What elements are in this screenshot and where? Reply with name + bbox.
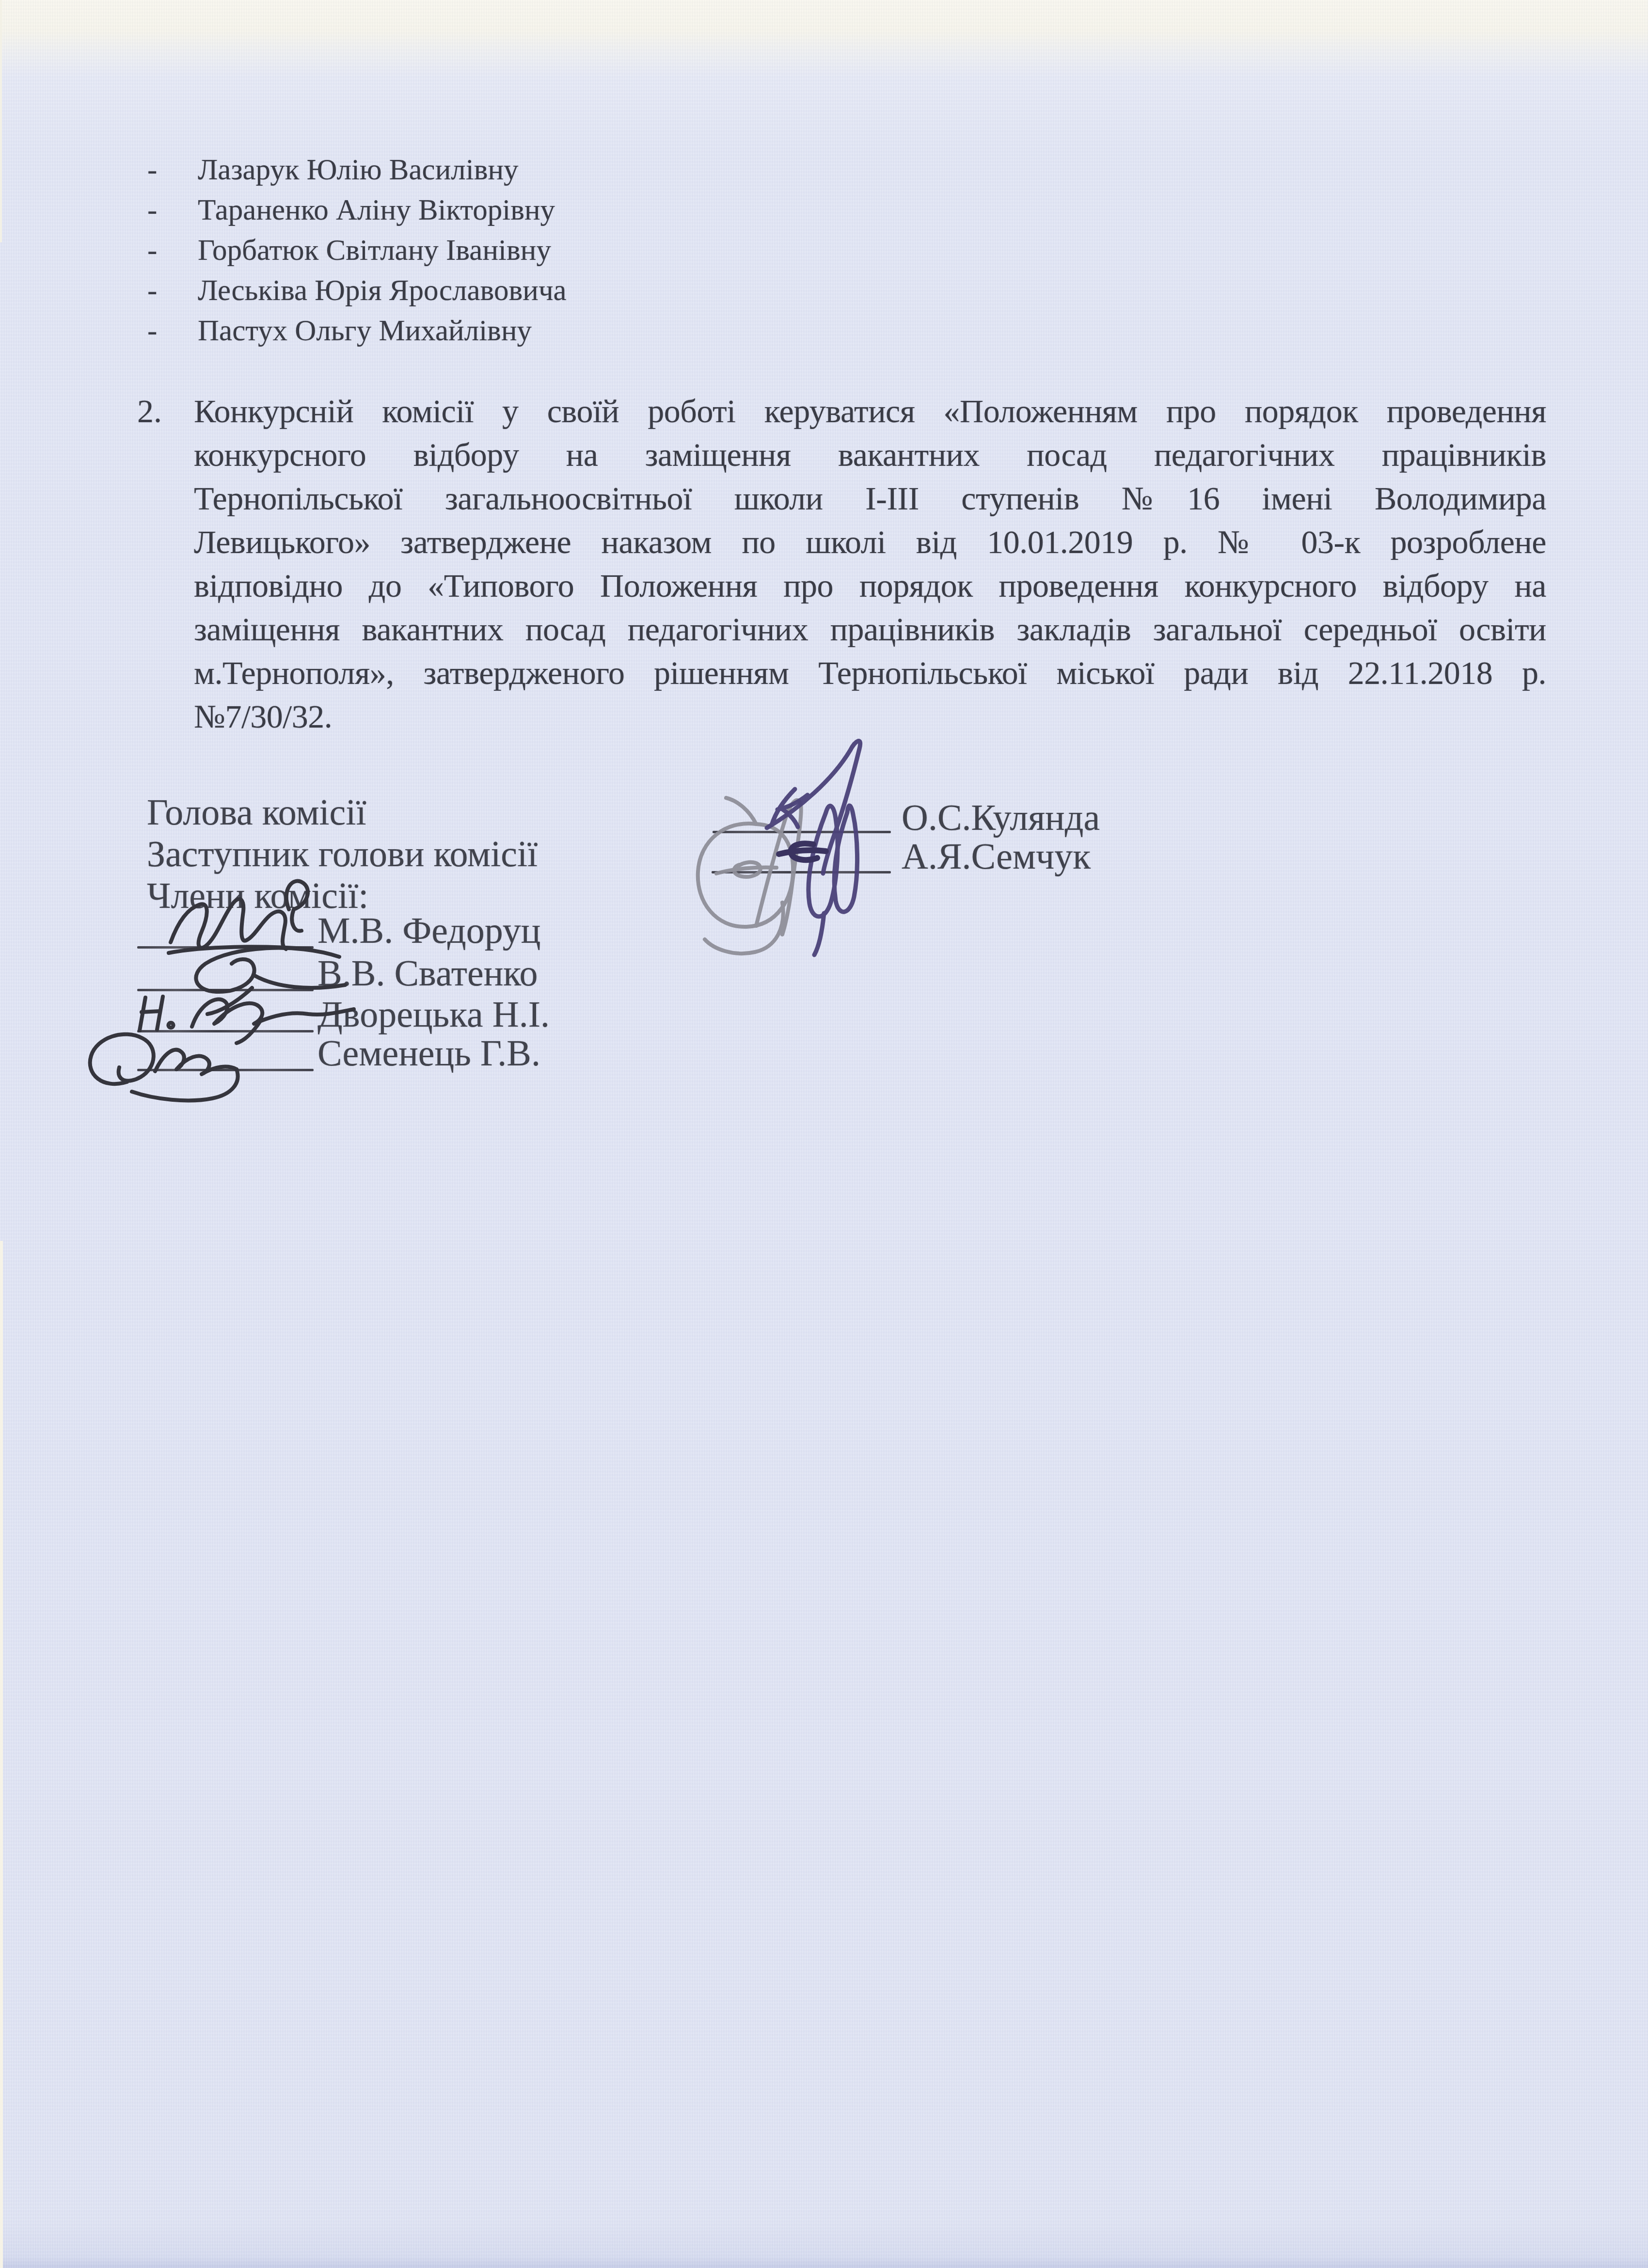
- signature-line: [137, 1069, 314, 1071]
- signature-line: [137, 989, 314, 991]
- scan-edge-left: [0, 1241, 3, 2268]
- member-name: Дворецька Н.І.: [317, 994, 550, 1035]
- deputy-title: Заступник голови комісії: [147, 833, 538, 875]
- signature-line: [137, 946, 314, 949]
- candidate-name: Лазарук Юлію Василівну: [198, 150, 519, 190]
- signature-line: [137, 1030, 314, 1032]
- paragraph-2: Конкурсній комісії у своїй роботі керува…: [194, 389, 1546, 738]
- signature-kulyanda-ink: [767, 741, 860, 955]
- paragraph-line: Конкурсній комісії у своїй роботі керува…: [194, 389, 1546, 433]
- paragraph-line: м.Тернополя», затвердженого рішенням Тер…: [194, 651, 1546, 695]
- paragraph-line: №7/30/32.: [194, 695, 1546, 738]
- signature-semenets-ink: [90, 1034, 238, 1101]
- candidate-name: Горбатюк Світлану Іванівну: [198, 230, 551, 270]
- list-item: - Тараненко Аліну Вікторівну: [147, 190, 567, 230]
- dash-bullet: -: [147, 311, 198, 351]
- list-item: - Лазарук Юлію Василівну: [147, 150, 567, 190]
- candidates-list: - Лазарук Юлію Василівну - Тараненко Алі…: [147, 150, 567, 351]
- dash-bullet: -: [147, 150, 198, 190]
- member-name: М.В. Федоруц: [317, 910, 540, 952]
- chair-name: О.С.Кулянда: [902, 797, 1100, 839]
- deputy-name: А.Я.Семчук: [902, 836, 1091, 877]
- paragraph-line: конкурсного відбору на заміщення вакантн…: [194, 433, 1546, 476]
- member-name: В.В. Сватенко: [317, 952, 538, 994]
- signature-line: [712, 871, 891, 873]
- signature-kulyanda-dark-stroke: [779, 843, 826, 860]
- paragraph-line: заміщення вакантних посад педагогічних п…: [194, 607, 1546, 651]
- signature-line: [713, 831, 891, 833]
- paragraph-line: Тернопільської загальноосвітньої школи І…: [194, 476, 1546, 520]
- candidate-name: Пастух Ольгу Михайлівну: [198, 311, 532, 351]
- scan-edge-left-top: [0, 0, 2, 242]
- member-name: Семенець Г.В.: [317, 1032, 540, 1074]
- candidate-name: Тараненко Аліну Вікторівну: [198, 190, 555, 230]
- signature-semchuk-ink: [698, 798, 801, 953]
- dash-bullet: -: [147, 230, 198, 270]
- list-item: - Горбатюк Світлану Іванівну: [147, 230, 567, 270]
- chair-title: Голова комісії: [147, 792, 366, 833]
- dash-bullet: -: [147, 190, 198, 230]
- candidate-name: Леськіва Юрія Ярославовича: [198, 270, 567, 311]
- paragraph-number: 2.: [137, 389, 162, 433]
- dash-bullet: -: [147, 270, 198, 311]
- list-item: - Леськіва Юрія Ярославовича: [147, 270, 567, 311]
- scanned-document-page: - Лазарук Юлію Василівну - Тараненко Алі…: [0, 0, 1648, 2268]
- paragraph-line: Левицького» затверджене наказом по школі…: [194, 520, 1546, 564]
- paragraph-line: відповідно до «Типового Положення про по…: [194, 564, 1546, 607]
- list-item: - Пастух Ольгу Михайлівну: [147, 311, 567, 351]
